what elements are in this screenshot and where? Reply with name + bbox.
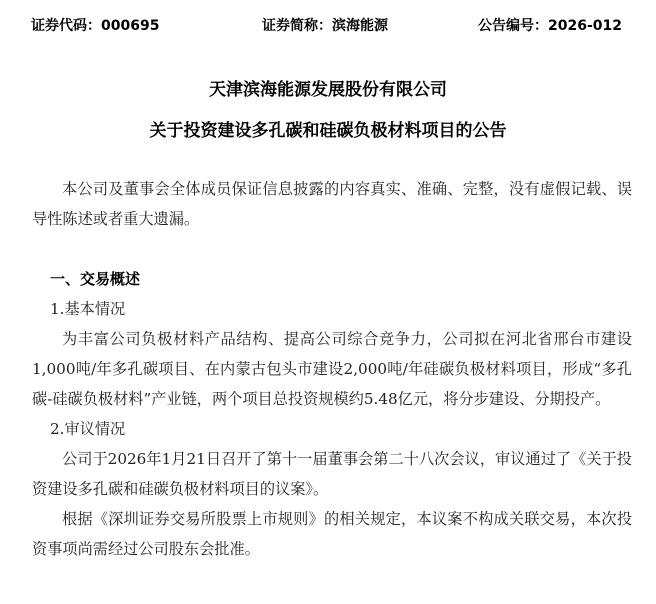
spacer: [32, 234, 632, 264]
subsection-heading-review: 2.审议情况: [32, 414, 632, 444]
document-header: 证券代码：000695 证券简称：滨海能源 公告编号：2026-012: [0, 15, 656, 37]
basic-situation-text: 为丰富公司负极材料产品结构、提高公司综合竞争力，公司拟在河北省邢台市建设1,00…: [32, 324, 632, 414]
document-body: 本公司及董事会全体成员保证信息披露的内容真实、准确、完整，没有虚假记载、误导性陈…: [32, 174, 632, 564]
notice-subject-title: 关于投资建设多孔碳和硅碳负极材料项目的公告: [0, 116, 656, 141]
notice-number: 公告编号：2026-012: [478, 15, 622, 35]
review-text-rules: 根据《深圳证券交易所股票上市规则》的相关规定，本议案不构成关联交易，本次投资事项…: [32, 504, 632, 564]
subsection-heading-basic: 1.基本情况: [32, 294, 632, 324]
review-text: 公司于2026年1月21日召开了第十一届董事会第二十八次会议，审议通过了《关于投…: [32, 444, 632, 504]
stock-code: 证券代码：000695: [31, 15, 159, 35]
stock-short-name: 证券简称：滨海能源: [262, 15, 388, 35]
company-name-title: 天津滨海能源发展股份有限公司: [0, 75, 656, 100]
section-heading: 一、交易概述: [32, 264, 632, 294]
disclosure-statement: 本公司及董事会全体成员保证信息披露的内容真实、准确、完整，没有虚假记载、误导性陈…: [32, 174, 632, 234]
